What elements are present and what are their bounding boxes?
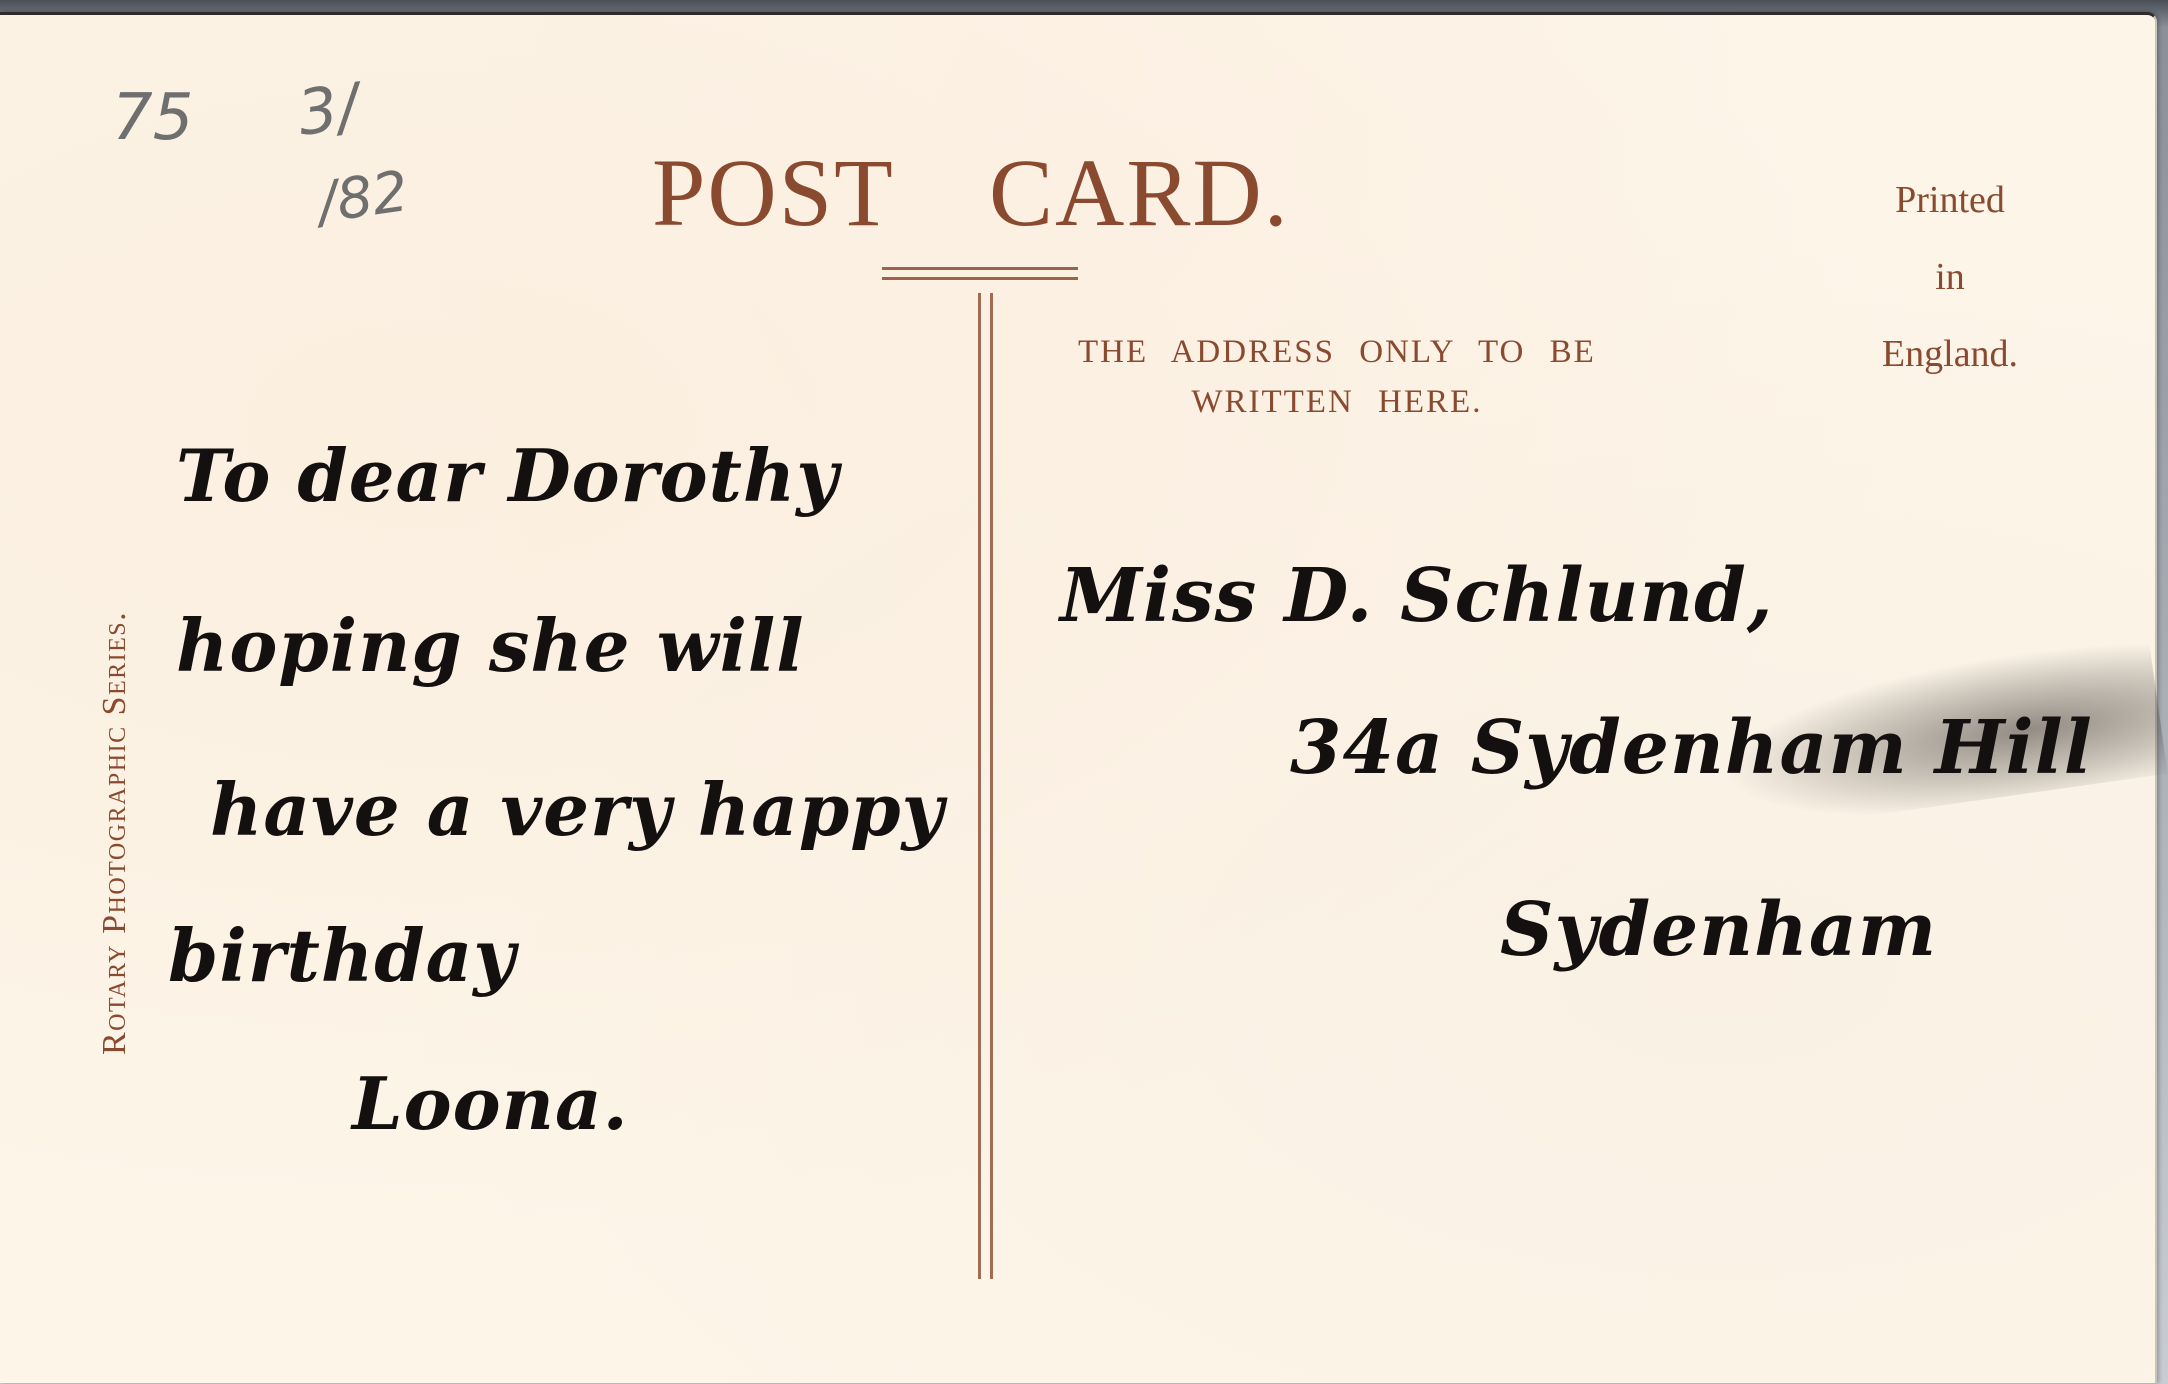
address-line-street: 34a Sydenham Hill xyxy=(1290,705,2093,791)
printed-in-line1: Printed xyxy=(1840,162,2060,239)
pencil-price-top: 3/ xyxy=(293,69,363,150)
message-line-4: birthday xyxy=(168,913,516,998)
heading-rule-top xyxy=(882,267,1078,270)
pencil-stock-number: 75 xyxy=(112,81,193,155)
message-line-1: To dear Dorothy xyxy=(176,433,839,518)
divider-line-left xyxy=(978,293,981,1279)
divider-line-right xyxy=(990,293,993,1279)
address-line-town: Sydenham xyxy=(1500,887,1937,973)
post-card-heading: POST CARD. xyxy=(652,137,1290,248)
printed-in-line2: in xyxy=(1840,239,2060,316)
publisher-series: Rotary Photographic Series. xyxy=(96,611,134,1055)
postcard-back: 75 3/ /82 POST CARD. THE ADDRESS ONLY TO… xyxy=(0,12,2157,1383)
message-line-2: hoping she will xyxy=(176,603,805,688)
address-instruction-line1: THE ADDRESS ONLY TO BE xyxy=(1078,327,1596,377)
pencil-price-bottom: /82 xyxy=(314,159,412,236)
address-instruction-line2: WRITTEN HERE. xyxy=(1078,377,1596,427)
message-line-3: have a very happy xyxy=(210,767,944,852)
printed-in-england: Printed in England. xyxy=(1840,162,2060,393)
heading-rule-bottom xyxy=(882,277,1078,280)
address-line-name: Miss D. Schlund, xyxy=(1060,553,1774,639)
message-signature: Loona. xyxy=(352,1061,629,1146)
address-instruction: THE ADDRESS ONLY TO BE WRITTEN HERE. xyxy=(1078,327,1596,427)
printed-in-line3: England. xyxy=(1840,316,2060,393)
